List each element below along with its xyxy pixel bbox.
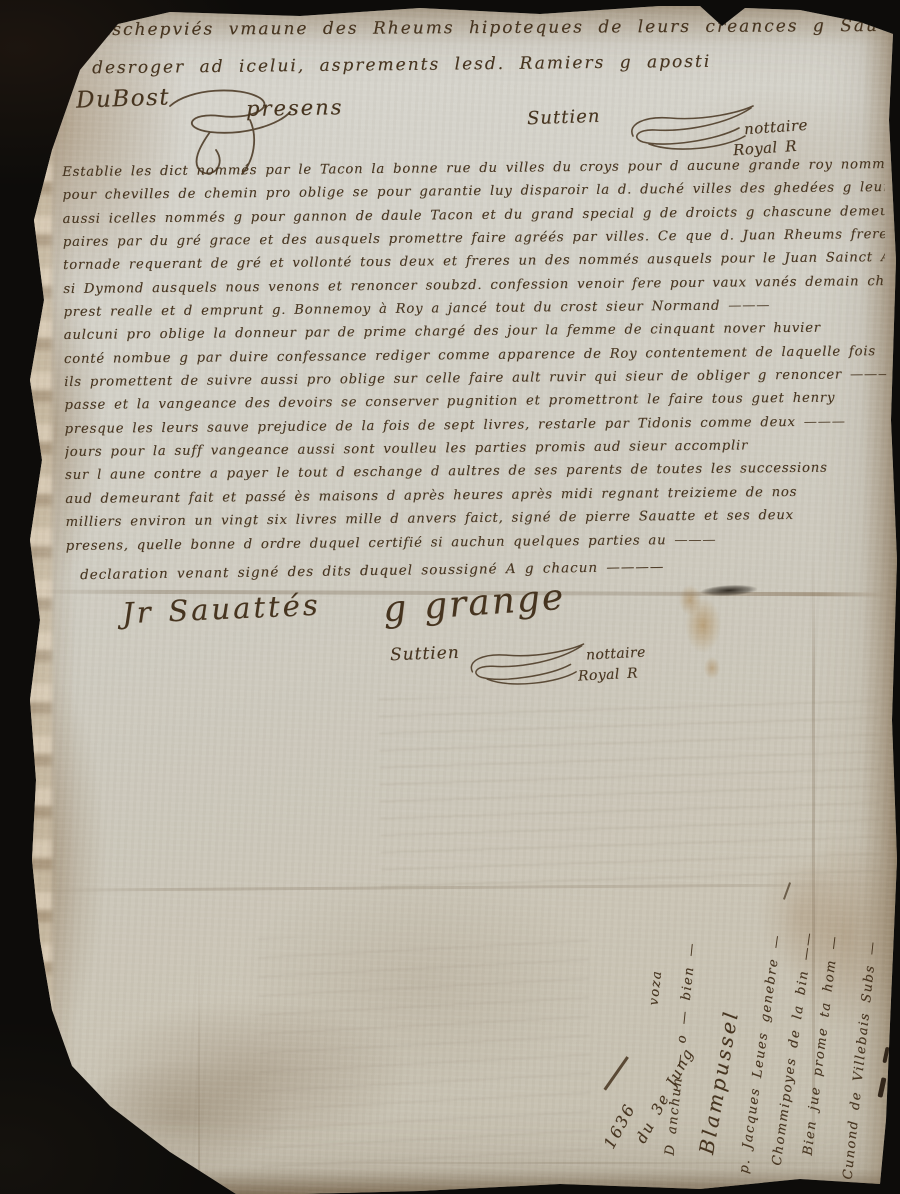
ink-bleed-through [379,692,882,894]
notary-title: Royal R [578,665,639,684]
notary-signature: Suttien [527,106,601,130]
header-line: Aschepviés vmaune des Rheums hipoteques … [98,16,876,40]
ink-bleed-through [258,932,592,1168]
act-body-text: Establie les dict nommés par le Tacon la… [62,157,888,562]
notary-signature: Suttien [390,643,460,665]
manuscript-paper: Aschepviés vmaune des Rheums hipoteques … [0,0,900,1194]
notary-flourish-icon [465,636,590,691]
annotation-presens: presens [246,95,344,121]
fold-crease-vertical [198,935,200,1194]
notary-title: nottaire [586,644,646,663]
